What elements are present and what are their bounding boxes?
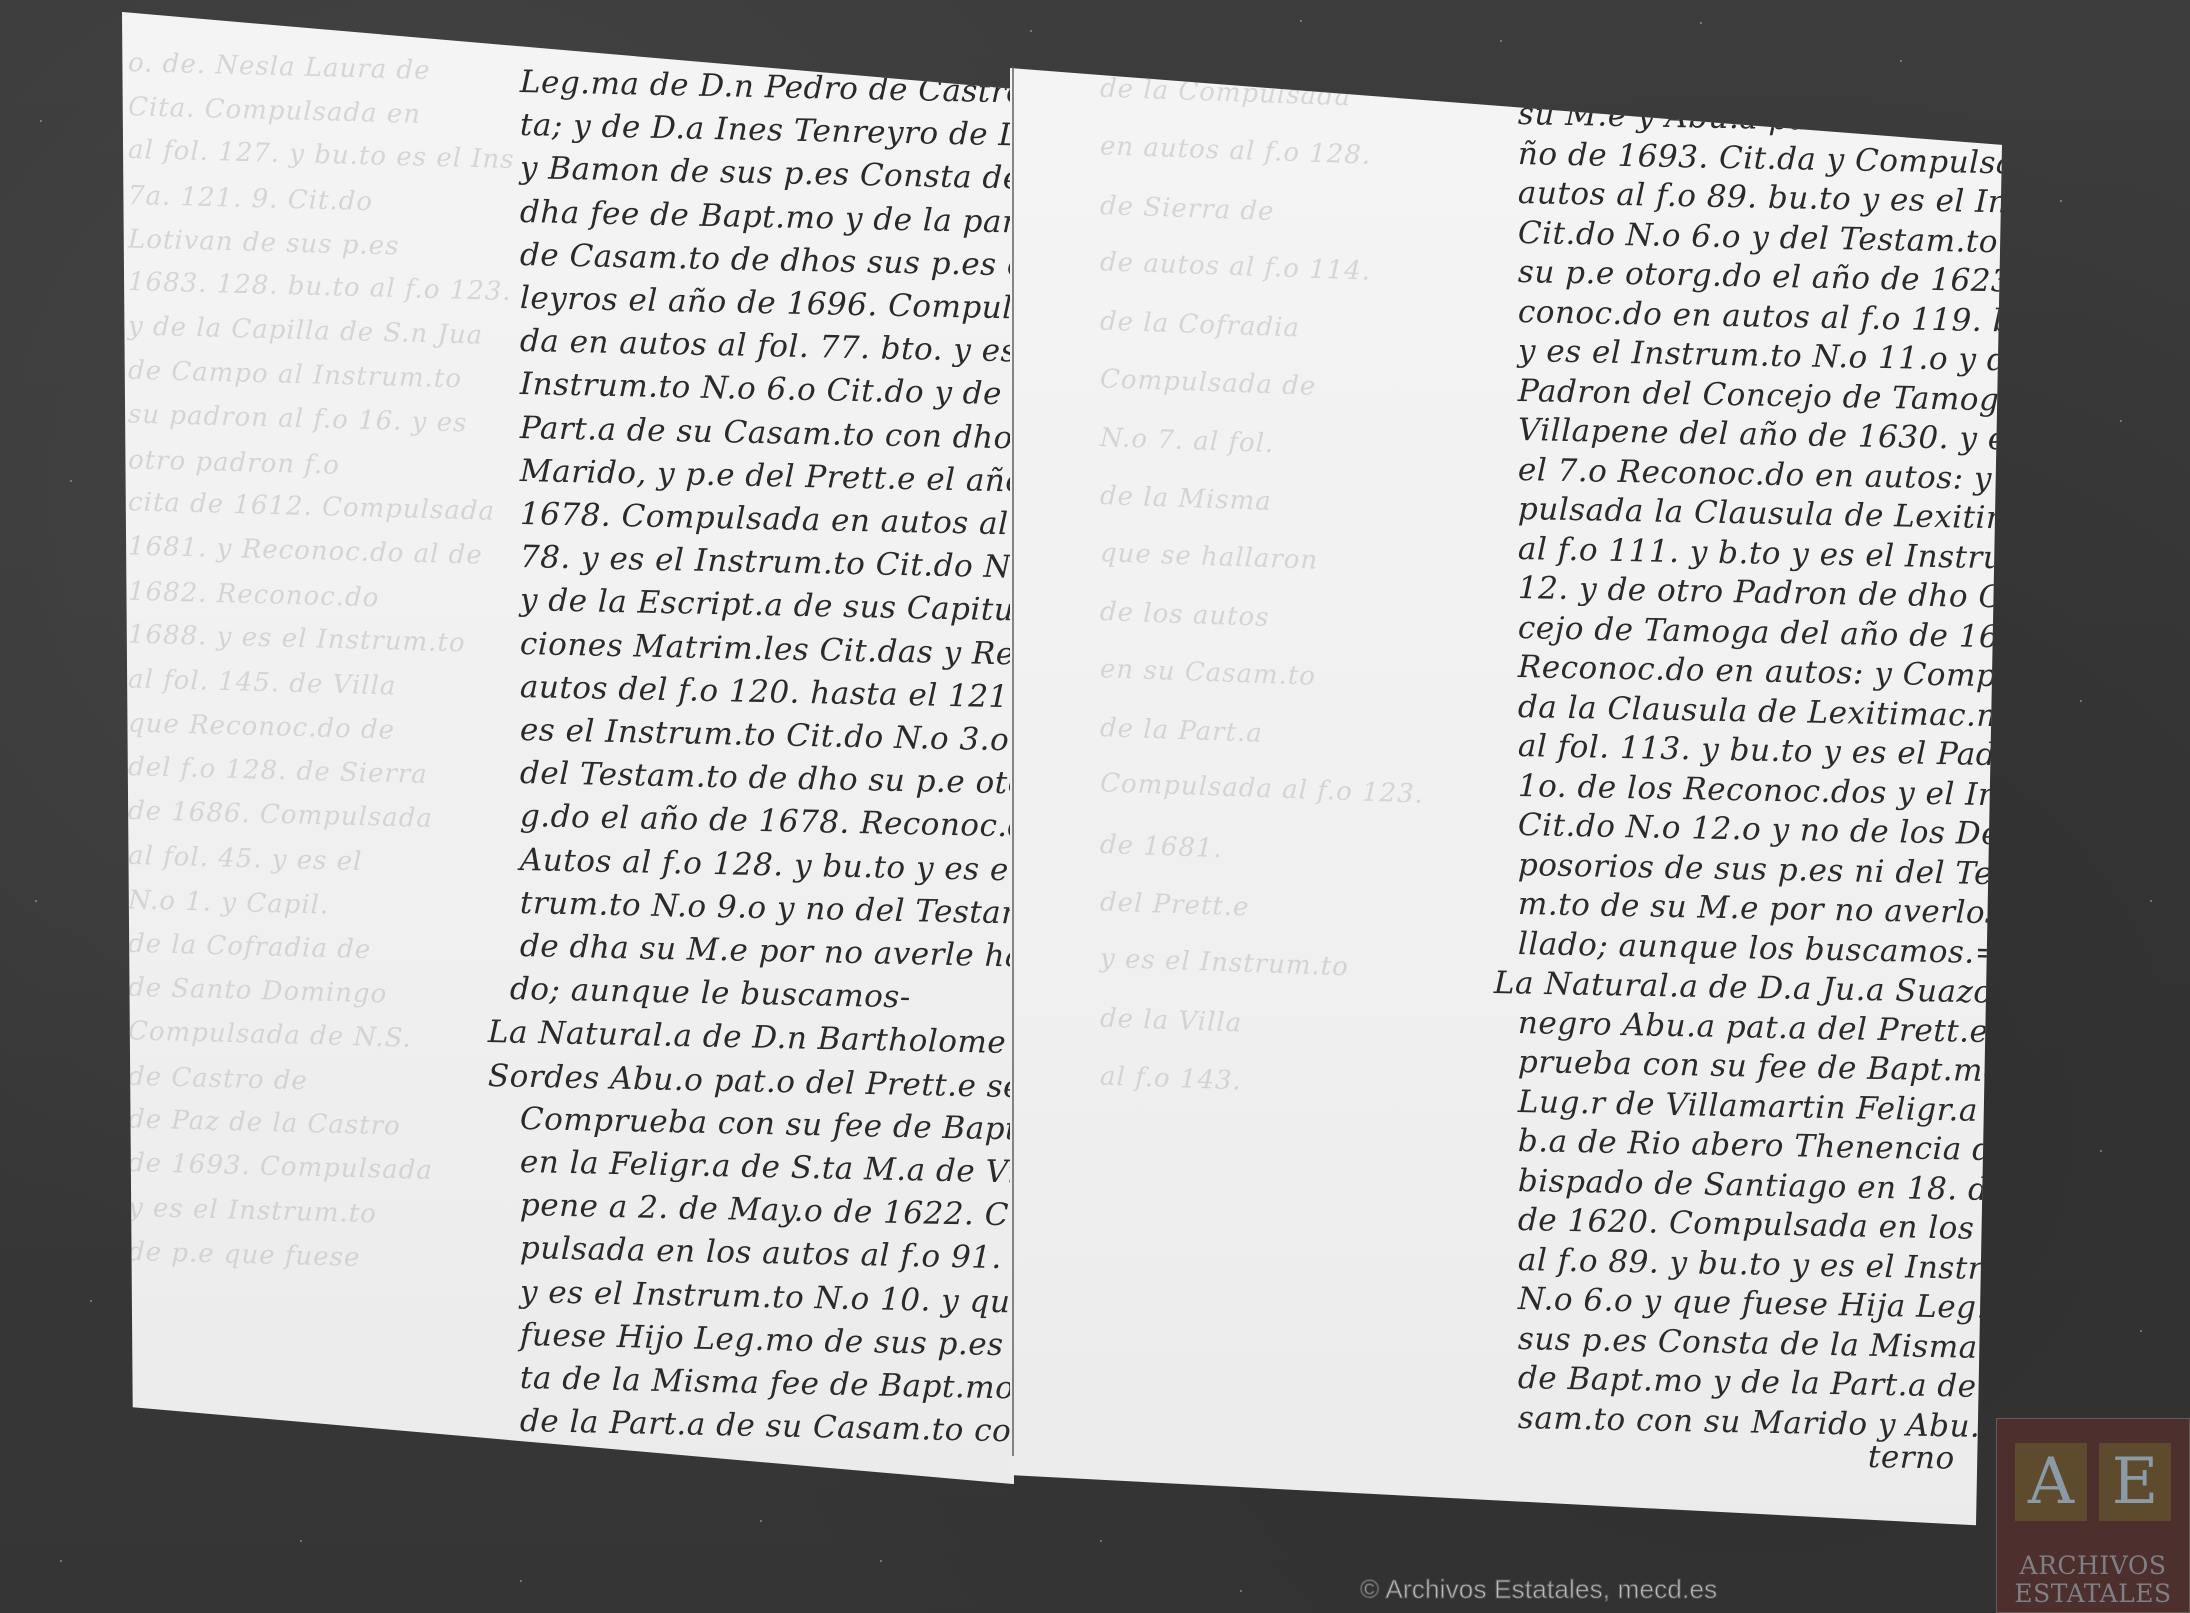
manuscript-line: posorios de sus p.es ni del Testa xyxy=(1518,847,2010,893)
bleed-through-line: o. de. Nesla Laura de xyxy=(128,48,431,86)
bleed-through-line: Cita. Compulsada en xyxy=(128,92,422,130)
manuscript-line: cejo de Tamoga del año de 1629. xyxy=(1518,610,2010,656)
manuscript-line: da en autos al fol. 77. bto. y es el xyxy=(520,323,1014,370)
manuscript-line: del Testam.to de dho su p.e otor xyxy=(520,755,1014,802)
bleed-through-line: de 1681. xyxy=(1100,830,1224,864)
manuscript-line: Cit.do N.o 12.o y no de los Des xyxy=(1518,807,2010,853)
manuscript-line: de 1620. Compulsada en los autos xyxy=(1518,1202,2010,1249)
bleed-through-line: 1683. 128. bu.to al f.o 123. xyxy=(128,267,512,307)
manuscript-line: 12. y de otro Padron de dho Con xyxy=(1518,570,2010,616)
manuscript-line: m.to de su M.e por no averlos ha xyxy=(1518,886,2010,932)
manuscript-line: leyros el año de 1696. Compulsa xyxy=(520,280,1014,327)
bleed-through-line: de Campo al Instrum.to xyxy=(128,356,463,395)
manuscript-line: su p.e otorg.do el año de 1623. Re xyxy=(1518,254,2010,301)
manuscript-line: Instrum.to N.o 6.o Cit.do y de la xyxy=(520,366,1014,413)
bleed-through-line: en su Casam.to xyxy=(1100,654,1317,692)
bleed-through-line: Compulsada al f.o 123. xyxy=(1100,768,1425,809)
manuscript-line: Padron del Concejo de Tamoga y xyxy=(1518,373,2010,419)
manuscript-line: de Bapt.mo y de la Part.a de su Ca xyxy=(1518,1360,2010,1407)
bleed-through-line: de Santo Domingo xyxy=(128,973,388,1010)
manuscript-line: y es el Instrum.to N.o 10. y que xyxy=(520,1274,1014,1321)
bleed-through-line: 7a. 121. 9. Cit.do xyxy=(128,181,374,217)
manuscript-line: b.a de Rio abero Thenencia del Arzo xyxy=(1518,1123,2010,1170)
bleed-through-line: Compulsada de N.S. xyxy=(128,1016,413,1053)
manuscript-line: de la Part.a de su Casam.to con xyxy=(520,1403,1014,1450)
manuscript-line: prueba con su fee de Bapt.mo en el xyxy=(1518,1044,2010,1091)
bleed-through-line: de Paz de la Castro xyxy=(128,1104,401,1141)
manuscript-line: trum.to N.o 9.o y no del Testam. xyxy=(520,885,1014,932)
bleed-through-line: del f.o 128. de Sierra xyxy=(128,752,428,790)
bleed-through-line: de la Cofradia xyxy=(1100,307,1301,344)
bleed-through-line: de Sierra de xyxy=(1100,191,1275,227)
dust-speck xyxy=(520,1580,522,1582)
bleed-through-line: y es el Instrum.to xyxy=(1100,944,1350,983)
manuscript-line: es el Instrum.to Cit.do N.o 3.o y xyxy=(520,712,1014,759)
dust-speck xyxy=(760,1520,762,1522)
dust-speck xyxy=(60,1560,62,1562)
bleed-through-line: de los autos xyxy=(1100,597,1271,633)
logo-line-2: ESTATALES xyxy=(1997,1579,2189,1608)
manuscript-line: en la Feligr.a de S.ta M.a de Villa xyxy=(520,1144,1014,1191)
bleed-through-line: al fol. 127. y bu.to es el Ins xyxy=(128,135,515,175)
manuscript-line: Sordes Abu.o pat.o del Prett.e se xyxy=(488,1058,1014,1105)
manuscript-line: y es el Instrum.to N.o 11.o y de un xyxy=(1518,333,2010,380)
manuscript-line: La Natural.a de D.n Bartholome de xyxy=(488,1014,1014,1062)
bleed-through-line: de Castro de xyxy=(128,1062,309,1097)
manuscript-line: g.do el año de 1678. Reconoc.do en xyxy=(520,798,1014,846)
bleed-through-line: de la Part.a xyxy=(1100,713,1264,749)
bleed-through-line: de la Villa xyxy=(1100,1004,1243,1039)
dust-speck xyxy=(90,1300,92,1302)
dust-speck xyxy=(2060,200,2062,202)
bleed-through-line: del Prett.e xyxy=(1100,887,1250,922)
manuscript-line: al fol. 113. y bu.to y es el Padron xyxy=(1518,728,2010,774)
dust-speck xyxy=(2100,1150,2102,1152)
logo-line-1: ARCHIVOS xyxy=(1997,1551,2189,1580)
bleed-through-line: al fol. 145. de Villa xyxy=(128,664,397,701)
manuscript-line: y Bamon de sus p.es Consta de xyxy=(520,150,1014,196)
dust-speck xyxy=(300,1540,302,1542)
manuscript-line: ta de la Misma fee de Bapt.mo y xyxy=(520,1360,1014,1407)
manuscript-line: Cit.do N.o 6.o y del Testam.to de xyxy=(1518,215,2010,261)
page-fold xyxy=(1012,66,1014,1456)
bleed-through-line: de la Cofradia de xyxy=(128,929,372,965)
dust-speck xyxy=(40,120,42,122)
manuscript-line: ciones Matrim.les Cit.das y Reconoc.das … xyxy=(520,626,1014,677)
bleed-through-line: 1681. y Reconoc.do al de xyxy=(128,531,483,570)
manuscript-line: sus p.es Consta de la Misma fee xyxy=(1518,1321,2010,1367)
manuscript-line: llado; aunque los buscamos.= xyxy=(1518,926,2002,971)
logo-letter-e: E xyxy=(2099,1443,2171,1521)
manuscript-line: y de la Escript.a de sus Capitula xyxy=(520,582,1014,629)
manuscript-line: Marido, y p.e del Prett.e el año de xyxy=(520,453,1014,501)
manuscript-line: Villapene del año de 1630. y es xyxy=(1518,412,2010,458)
bleed-through-line: otro padron f.o xyxy=(128,445,341,481)
dust-speck xyxy=(2080,700,2082,702)
dust-speck xyxy=(1500,40,1502,42)
manuscript-line: pulsada la Clausula de Lexitimac.n xyxy=(1518,491,2010,538)
bleed-through-line: y de la Capilla de S.n Jua xyxy=(128,311,484,350)
manuscript-line: de dha su M.e por no averle halla xyxy=(520,928,1014,975)
dust-speck xyxy=(1900,60,1902,62)
right-page: de la Compulsadaen autos al f.o 128.de S… xyxy=(1010,68,2010,1546)
manuscript-line: pulsada en los autos al f.o 91. bu.to xyxy=(520,1230,1014,1278)
bleed-through-line: de 1686. Compulsada xyxy=(128,796,434,834)
dust-speck xyxy=(35,900,37,902)
bleed-through-line: de autos al f.o 114. xyxy=(1100,247,1372,286)
dust-speck xyxy=(2150,900,2152,902)
bleed-through-line: Compulsada de xyxy=(1100,364,1317,402)
bleed-through-line: cita de 1612. Compulsada xyxy=(128,487,496,527)
bleed-through-line: N.o 7. al fol. xyxy=(1100,423,1275,459)
bleed-through-line: su padron al f.o 16. y es xyxy=(128,400,468,439)
manuscript-line: N.o 6.o y que fuese Hija Leg.ma de xyxy=(1518,1281,2010,1328)
bleed-through-line: que se hallaron xyxy=(1100,538,1319,576)
manuscript-line: autos del f.o 120. hasta el 121. y xyxy=(520,669,1014,716)
dust-speck xyxy=(1030,30,1032,32)
bleed-through-line: y es el Instrum.to xyxy=(128,1193,378,1230)
logo-letter-a: A xyxy=(2015,1443,2087,1521)
manuscript-line: de Casam.to de dhos sus p.es en o xyxy=(520,237,1014,285)
dust-speck xyxy=(1300,20,1302,22)
bleed-through-line: N.o 1. y Capil. xyxy=(128,885,330,920)
dust-speck xyxy=(70,480,72,482)
manuscript-line: sam.to con su Marido y Abu.o pa xyxy=(1518,1400,2010,1446)
manuscript-line: pene a 2. de May.o de 1622. Com xyxy=(520,1187,1014,1234)
manuscript-line: dha fee de Bapt.mo y de la part.a xyxy=(520,194,1014,241)
manuscript-line: Part.a de su Casam.to con dho su xyxy=(520,410,1014,457)
manuscript-line: Autos al f.o 128. y bu.to y es el ins xyxy=(520,842,1014,890)
dust-speck xyxy=(2120,420,2122,422)
manuscript-line: ta; y de D.a Ines Tenreyro de Lago xyxy=(520,107,1014,155)
bleed-through-line: al fol. 45. y es el xyxy=(128,841,363,877)
left-page: o. de. Nesla Laura deCita. Compulsada en… xyxy=(122,12,1014,1490)
manuscript-line: el 7.o Reconoc.do en autos: y Com xyxy=(1518,452,2010,499)
dust-speck xyxy=(2140,1330,2142,1332)
manuscript-line: 78. y es el Instrum.to Cit.do N.o 6. xyxy=(520,539,1014,587)
manuscript-line: 1678. Compulsada en autos al f.o xyxy=(520,496,1014,543)
bleed-through-line: 1682. Reconoc.do xyxy=(128,577,380,614)
bleed-through-line: al f.o 143. xyxy=(1100,1062,1243,1097)
manuscript-line: terno xyxy=(1868,1439,1955,1477)
manuscript-line: do; aunque le buscamos- xyxy=(510,971,912,1015)
bleed-through-line: en autos al f.o 128. xyxy=(1100,131,1372,170)
dust-speck xyxy=(1240,1590,1242,1592)
manuscript-line: da la Clausula de Lexitimac.n xyxy=(1518,689,1998,734)
bleed-through-line: de la Misma xyxy=(1100,481,1273,517)
dust-speck xyxy=(1100,1540,1102,1542)
bleed-through-line: que Reconoc.do de xyxy=(128,709,396,746)
manuscript-line: fuese Hijo Leg.mo de sus p.es Cons xyxy=(520,1317,1014,1365)
dust-speck xyxy=(1700,22,1702,24)
dust-speck xyxy=(880,1560,882,1562)
manuscript-line: Reconoc.do en autos: y Compulsa xyxy=(1518,649,2010,695)
bleed-through-line: de p.e que fuese xyxy=(128,1237,361,1273)
bleed-through-line: 1688. y es el Instrum.to xyxy=(128,620,466,659)
bleed-through-line: de 1693. Compulsada xyxy=(128,1148,434,1186)
copyright-watermark: © Archivos Estatales, mecd.es xyxy=(1360,1574,1717,1605)
manuscript-line: Comprueba con su fee de Bapt.mo xyxy=(520,1101,1014,1149)
archivos-estatales-logo: A E ARCHIVOS ESTATALES xyxy=(1996,1418,2190,1613)
bleed-through-line: Lotivan de sus p.es xyxy=(128,224,400,261)
